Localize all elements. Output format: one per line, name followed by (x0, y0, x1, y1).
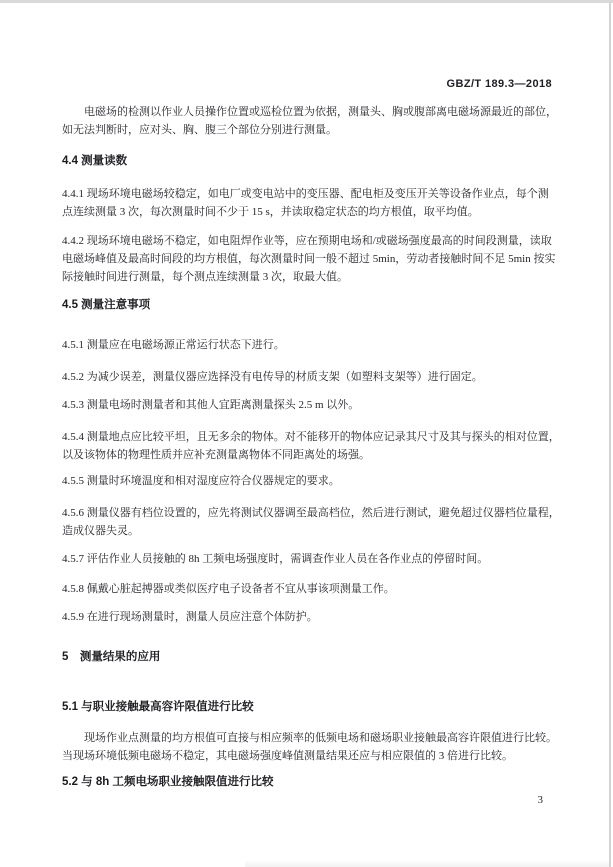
clause-paragraph: 4.5.5 测量时环境温度和相对湿度应符合仪器规定的要求。 (62, 472, 552, 490)
text-line: 现场作业点测量的均方根值可直接与相应频率的低频电场和磁场职业接触最高容许限值进行… (62, 729, 552, 747)
text-line: 4.5.7 评估作业人员接触的 8h 工频电场强度时，需调查作业人员在各作业点的… (62, 550, 552, 568)
text-line: 4.5.3 测量电场时测量者和其他人宜距离测量探头 2.5 m 以外。 (62, 396, 552, 414)
text-line: 4.5.1 测量应在电磁场源正常运行状态下进行。 (62, 336, 552, 354)
clause-paragraph: 4.5.7 评估作业人员接触的 8h 工频电场强度时，需调查作业人员在各作业点的… (62, 550, 552, 568)
text-line: 4.5.5 测量时环境温度和相对湿度应符合仪器规定的要求。 (62, 472, 552, 490)
text-line: 电磁场的检测以作业人员操作位置或巡检位置为依据，测量头、胸或腹部离电磁场源最近的… (62, 103, 552, 121)
paragraph: 现场作业点测量的均方根值可直接与相应频率的低频电场和磁场职业接触最高容许限值进行… (62, 729, 552, 765)
paragraph: 电磁场的检测以作业人员操作位置或巡检位置为依据，测量头、胸或腹部离电磁场源最近的… (62, 103, 552, 139)
text-line: 4.4.1 现场环境电磁场较稳定，如电厂或变电站中的变压器、配电柜及变压开关等设… (62, 185, 552, 203)
text-line: 际接触时间进行测量，每个测点连续测量 3 次，取最大值。 (62, 268, 552, 286)
text-line: 以及该物体的物理性质并应补充测量离物体不同距离处的场强。 (62, 446, 552, 464)
running-header: GBZ/T 189.3—2018 (62, 75, 552, 93)
section-heading: 4.5 测量注意事项 (62, 296, 552, 314)
text-line: 4.4.2 现场环境电磁场不稳定，如电阻焊作业等，应在预期电场和/或磁场强度最高… (62, 232, 552, 250)
text-line: 如无法判断时，应对头、胸、腹三个部位分别进行测量。 (62, 121, 552, 139)
page-number: 3 (62, 791, 552, 809)
text-line: 4.5.4 测量地点应比较平坦，且无多余的物体。对不能移开的物体应记录其尺寸及其… (62, 428, 552, 446)
text-line: 4.5.8 佩戴心脏起搏器或类似医疗电子设备者不宜从事该项测量工作。 (62, 580, 552, 598)
clause-paragraph: 4.4.2 现场环境电磁场不稳定，如电阻焊作业等，应在预期电场和/或磁场强度最高… (62, 232, 552, 286)
text-line: 造成仪器失灵。 (62, 522, 552, 540)
scan-bottom-shadow (245, 860, 609, 867)
clause-paragraph: 4.5.1 测量应在电磁场源正常运行状态下进行。 (62, 336, 552, 354)
clause-paragraph: 4.5.8 佩戴心脏起搏器或类似医疗电子设备者不宜从事该项测量工作。 (62, 580, 552, 598)
text-line: 4.5.6 测量仪器有档位设置的，应先将测试仪器调至最高档位，然后进行测试，避免… (62, 504, 552, 522)
clause-paragraph: 4.5.2 为减少误差，测量仪器应选择没有电传导的材质支架（如塑料支架等）进行固… (62, 368, 552, 386)
scan-right-edge (609, 3, 611, 867)
text-line: 点连续测量 3 次，每次测量时间不少于 15 s，并读取稳定状态的均方根值，取平… (62, 203, 552, 221)
section-heading: 5 测量结果的应用 (62, 648, 552, 666)
text-line: 5.1 与职业接触最高容许限值进行比较 (62, 698, 552, 716)
text-line: 4.5.2 为减少误差，测量仪器应选择没有电传导的材质支架（如塑料支架等）进行固… (62, 368, 552, 386)
clause-paragraph: 4.5.4 测量地点应比较平坦，且无多余的物体。对不能移开的物体应记录其尺寸及其… (62, 428, 552, 464)
text-line: 5.2 与 8h 工频电场职业接触限值进行比较 (62, 773, 552, 791)
text-line: 4.5 测量注意事项 (62, 296, 552, 314)
clause-paragraph: 4.5.3 测量电场时测量者和其他人宜距离测量探头 2.5 m 以外。 (62, 396, 552, 414)
section-heading: 5.2 与 8h 工频电场职业接触限值进行比较 (62, 773, 552, 791)
text-line: 当现场环境低频电磁场不稳定，其电磁场强度峰值测量结果还应与相应限值的 3 倍进行… (62, 747, 552, 765)
section-heading: 4.4 测量读数 (62, 152, 552, 170)
text-line: 电磁场峰值及最高时间段的均方根值，每次测量时间一般不超过 5min，劳动者接触时… (62, 250, 552, 268)
text-line: 4.4 测量读数 (62, 152, 552, 170)
document-body: 电磁场的检测以作业人员操作位置或巡检位置为依据，测量头、胸或腹部离电磁场源最近的… (62, 103, 552, 791)
text-line: 5 测量结果的应用 (62, 648, 552, 666)
section-heading: 5.1 与职业接触最高容许限值进行比较 (62, 698, 552, 716)
clause-paragraph: 4.4.1 现场环境电磁场较稳定，如电厂或变电站中的变压器、配电柜及变压开关等设… (62, 185, 552, 221)
clause-paragraph: 4.5.9 在进行现场测量时，测量人员应注意个体防护。 (62, 608, 552, 626)
clause-paragraph: 4.5.6 测量仪器有档位设置的，应先将测试仪器调至最高档位，然后进行测试，避免… (62, 504, 552, 540)
document-content: GBZ/T 189.3—2018 电磁场的检测以作业人员操作位置或巡检位置为依据… (62, 0, 552, 809)
document-page: GBZ/T 189.3—2018 电磁场的检测以作业人员操作位置或巡检位置为依据… (0, 0, 613, 867)
text-line: 4.5.9 在进行现场测量时，测量人员应注意个体防护。 (62, 608, 552, 626)
